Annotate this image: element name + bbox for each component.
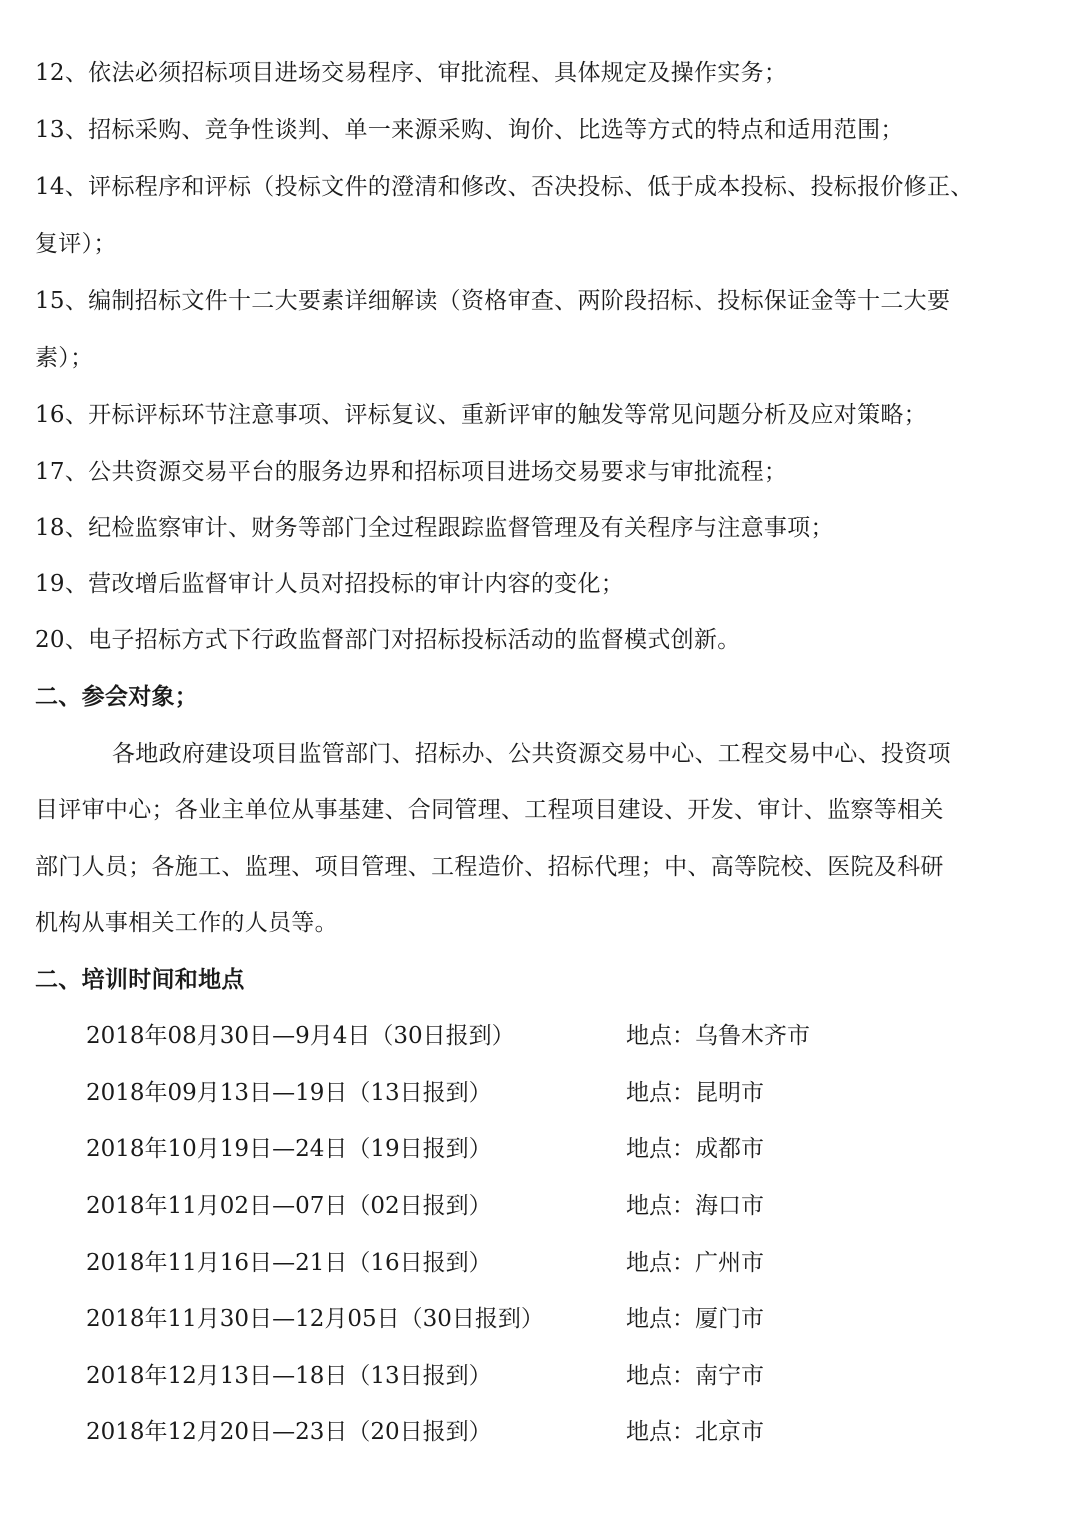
item-number: 20、 (35, 627, 88, 653)
schedule-location: 地点：海口市 (626, 1191, 764, 1221)
item-text: 纪检监察审计、财务等部门全过程跟踪监督管理及有关程序与注意事项； (88, 515, 834, 541)
course-item-12: 12、依法必须招标项目进场交易程序、审批流程、具体规定及操作实务； (35, 58, 787, 88)
item-number: 19、 (35, 571, 88, 597)
schedule-location: 地点：乌鲁木齐市 (626, 1021, 810, 1051)
schedule-date: 2018年10月19日—24日（19日报到） (86, 1134, 492, 1164)
attendees-paragraph-line-2: 目评审中心；各业主单位从事基建、合同管理、工程项目建设、开发、审计、监察等相关 (35, 795, 944, 825)
course-item-19: 19、营改增后监督审计人员对招投标的审计内容的变化； (35, 569, 624, 599)
attendees-heading: 二、参会对象； (35, 682, 198, 712)
item-text: 编制招标文件十二大要素详细解读（资格审查、两阶段招标、投标保证金等十二大要 (88, 288, 950, 314)
schedule-location: 地点：厦门市 (626, 1304, 764, 1334)
course-item-15-continued: 素）； (35, 343, 93, 373)
course-item-14: 14、评标程序和评标（投标文件的澄清和修改、否决投标、低于成本投标、投标报价修正… (35, 172, 974, 202)
schedule-location: 地点：南宁市 (626, 1361, 764, 1391)
item-text: 评标程序和评标（投标文件的澄清和修改、否决投标、低于成本投标、投标报价修正、 (88, 174, 973, 200)
course-item-20: 20、电子招标方式下行政监督部门对招标投标活动的监督模式创新。 (35, 625, 741, 655)
course-item-14-continued: 复评）； (35, 229, 117, 259)
document-page: 12、依法必须招标项目进场交易程序、审批流程、具体规定及操作实务； 13、招标采… (0, 0, 1080, 1527)
item-number: 18、 (35, 515, 88, 541)
schedule-date: 2018年11月02日—07日（02日报到） (86, 1191, 492, 1221)
schedule-date: 2018年11月30日—12月05日（30日报到） (86, 1304, 544, 1334)
schedule-location: 地点：昆明市 (626, 1078, 764, 1108)
item-text: 依法必须招标项目进场交易程序、审批流程、具体规定及操作实务； (88, 60, 787, 86)
schedule-date: 2018年09月13日—19日（13日报到） (86, 1078, 492, 1108)
schedule-date: 2018年08月30日—9月4日（30日报到） (86, 1021, 515, 1051)
course-item-15: 15、编制招标文件十二大要素详细解读（资格审查、两阶段招标、投标保证金等十二大要 (35, 286, 950, 316)
course-item-16: 16、开标评标环节注意事项、评标复议、重新评审的触发等常见问题分析及应对策略； (35, 400, 927, 430)
schedule-date: 2018年12月13日—18日（13日报到） (86, 1361, 492, 1391)
attendees-paragraph-line-3: 部门人员；各施工、监理、项目管理、工程造价、招标代理；中、高等院校、医院及科研 (35, 852, 944, 882)
attendees-paragraph-line-1: 各地政府建设项目监管部门、招标办、公共资源交易中心、工程交易中心、投资项 (112, 739, 951, 769)
attendees-paragraph-line-4: 机构从事相关工作的人员等。 (35, 908, 338, 938)
course-item-13: 13、招标采购、竞争性谈判、单一来源采购、询价、比选等方式的特点和适用范围； (35, 115, 904, 145)
course-item-18: 18、纪检监察审计、财务等部门全过程跟踪监督管理及有关程序与注意事项； (35, 513, 834, 543)
item-number: 13、 (35, 117, 88, 143)
schedule-date: 2018年12月20日—23日（20日报到） (86, 1417, 492, 1447)
item-text: 营改增后监督审计人员对招投标的审计内容的变化； (88, 571, 624, 597)
course-item-17: 17、公共资源交易平台的服务边界和招标项目进场交易要求与审批流程； (35, 457, 787, 487)
item-text: 招标采购、竞争性谈判、单一来源采购、询价、比选等方式的特点和适用范围； (88, 117, 904, 143)
item-number: 17、 (35, 459, 88, 485)
item-text: 开标评标环节注意事项、评标复议、重新评审的触发等常见问题分析及应对策略； (88, 402, 927, 428)
item-text: 公共资源交易平台的服务边界和招标项目进场交易要求与审批流程； (88, 459, 787, 485)
schedule-location: 地点：北京市 (626, 1417, 764, 1447)
item-number: 14、 (35, 174, 88, 200)
schedule-location: 地点：广州市 (626, 1248, 764, 1278)
schedule-date: 2018年11月16日—21日（16日报到） (86, 1248, 492, 1278)
item-number: 16、 (35, 402, 88, 428)
schedule-heading: 二、培训时间和地点 (35, 965, 245, 995)
item-text: 电子招标方式下行政监督部门对招标投标活动的监督模式创新。 (88, 627, 740, 653)
schedule-location: 地点：成都市 (626, 1134, 764, 1164)
item-number: 15、 (35, 288, 88, 314)
item-number: 12、 (35, 60, 88, 86)
